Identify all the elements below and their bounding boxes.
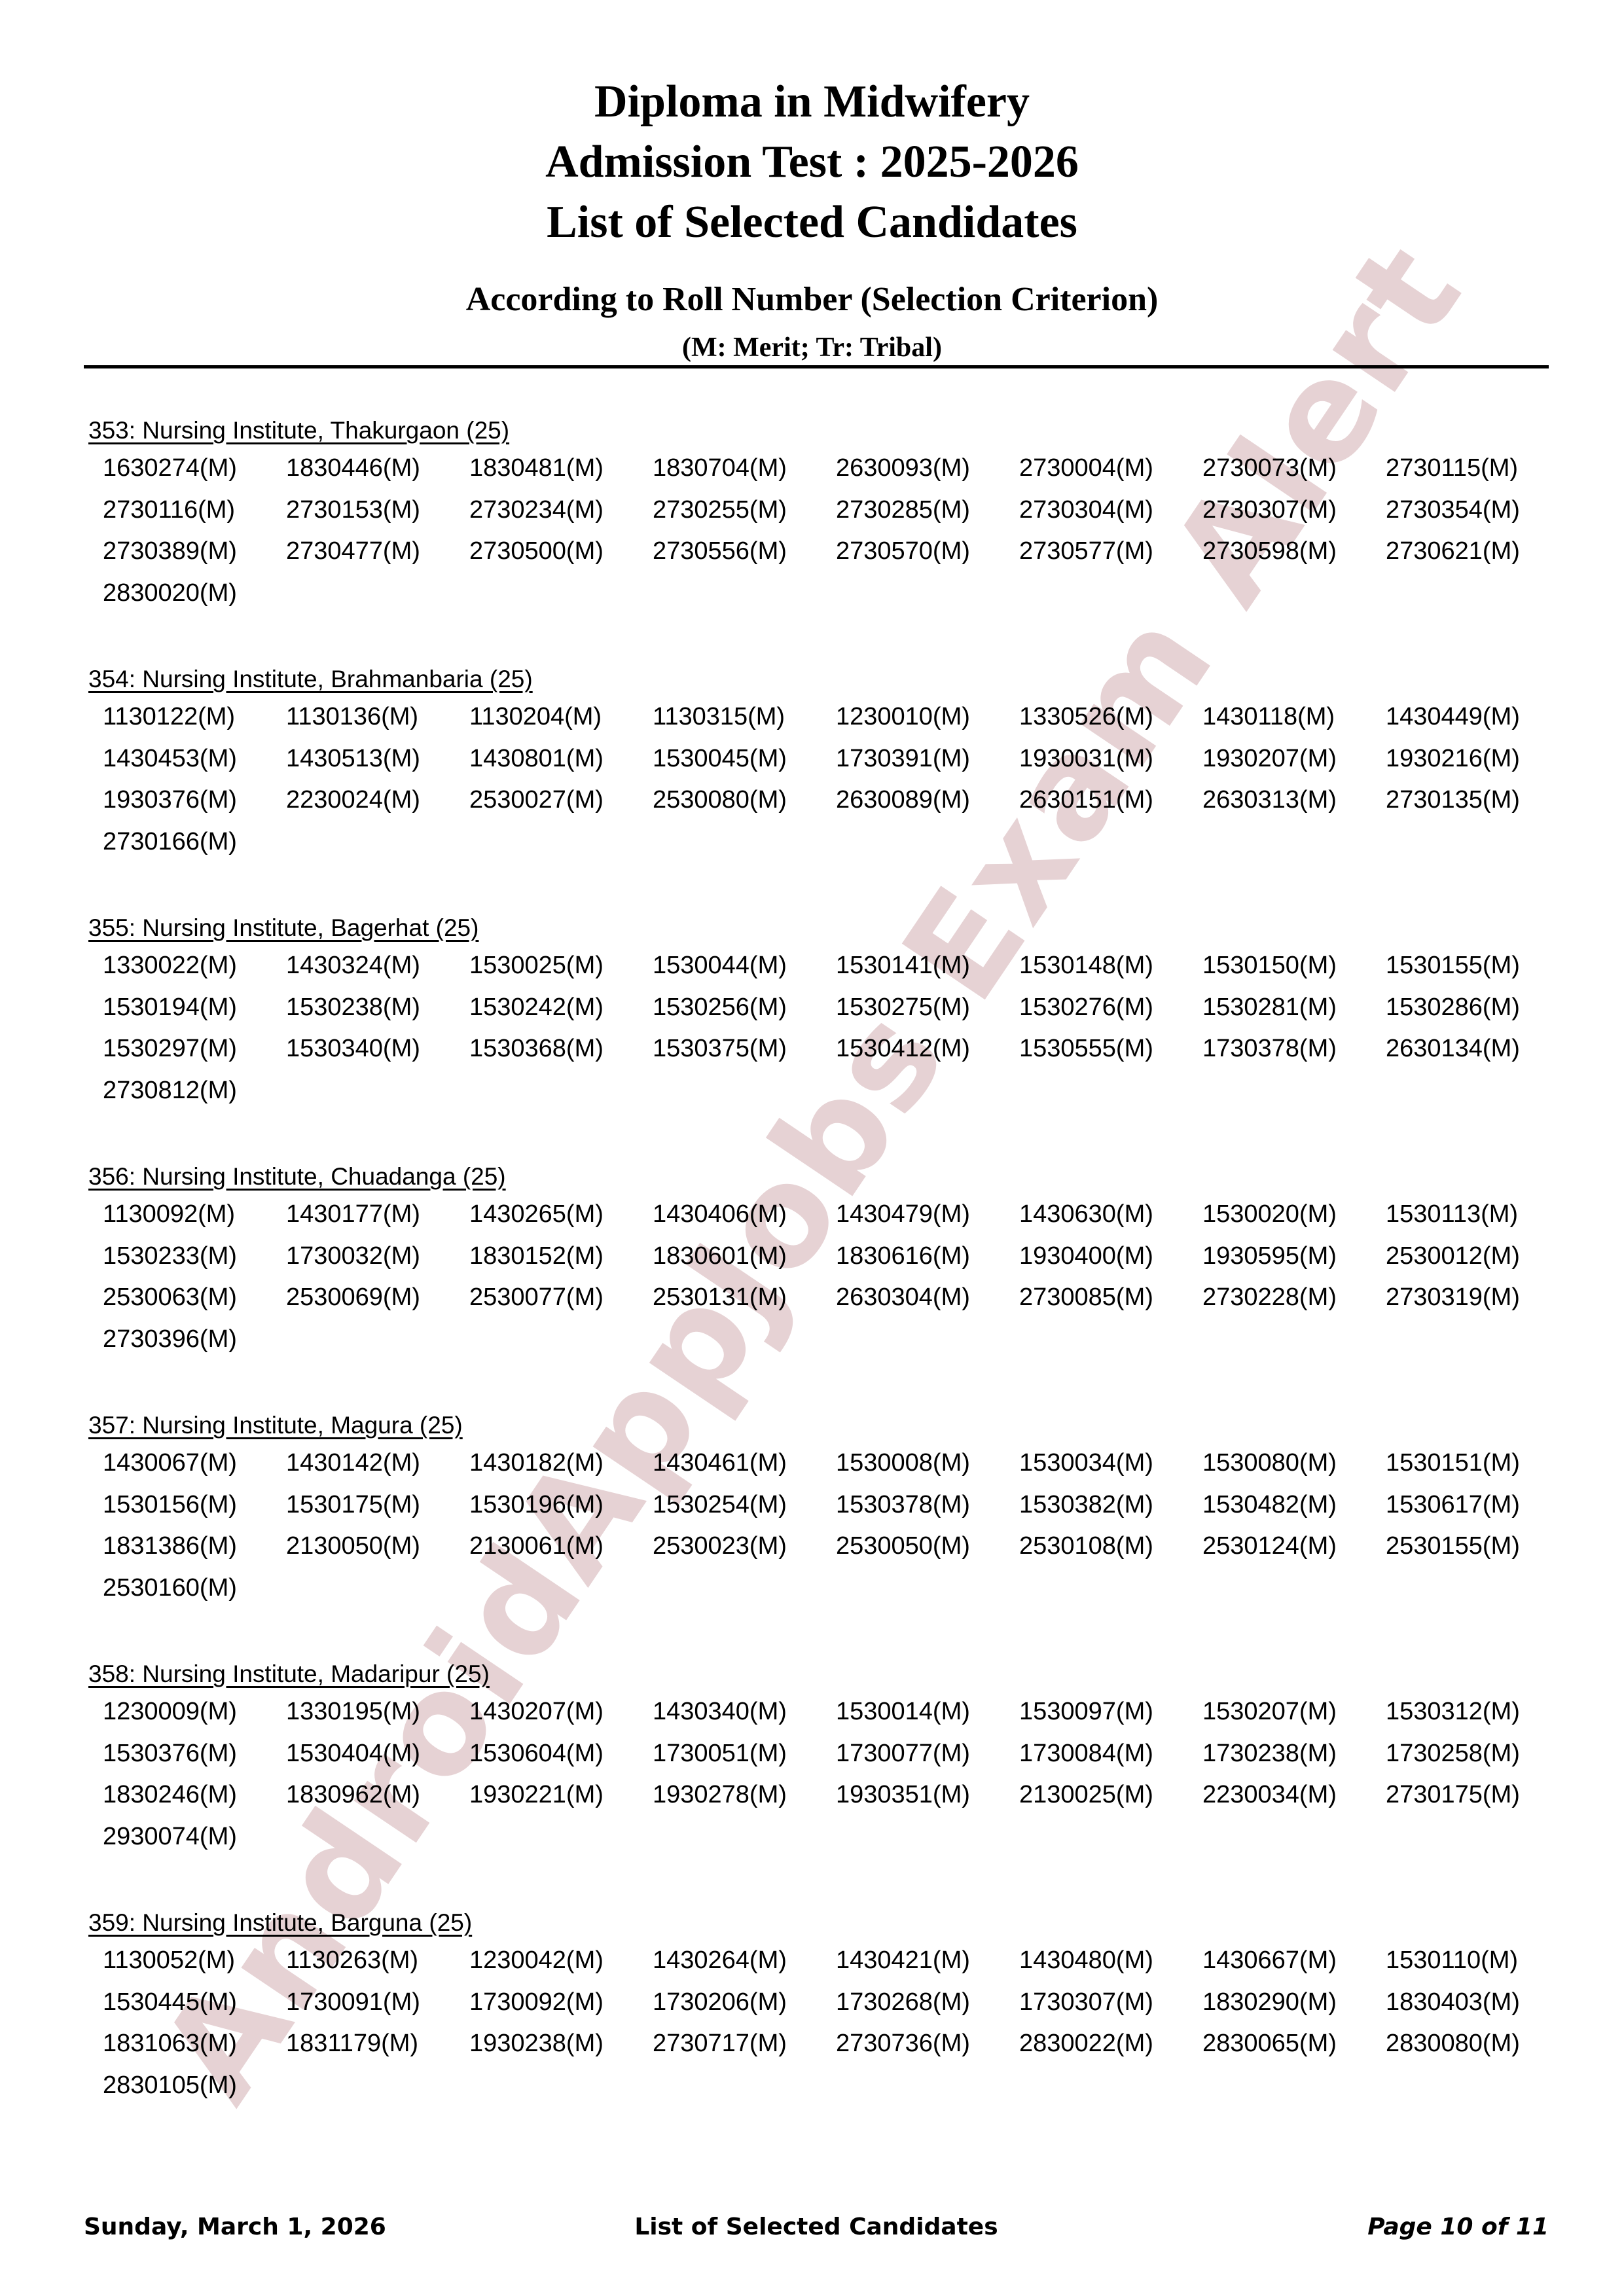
roll-number: 2630151(M) [1019,780,1202,821]
roll-number: 2630089(M) [836,780,1019,821]
roll-number: 1430453(M) [103,738,286,780]
roll-number: 1530045(M) [653,738,836,780]
roll-number: 1530014(M) [836,1691,1019,1733]
roll-number: 1530150(M) [1202,945,1386,987]
roll-number: 1430340(M) [653,1691,836,1733]
roll-number: 2730004(M) [1019,448,1202,490]
roll-number: 2730115(M) [1386,448,1569,490]
roll-number: 2630313(M) [1202,780,1386,821]
roll-number: 2530080(M) [653,780,836,821]
roll-number: 1530340(M) [286,1028,469,1070]
roll-number: 1530141(M) [836,945,1019,987]
roll-number: 1530555(M) [1019,1028,1202,1070]
roll-number: 2130061(M) [469,1526,653,1568]
roll-number: 1530312(M) [1386,1691,1569,1733]
roll-number: 1530196(M) [469,1484,653,1526]
roll-number-grid: 1130092(M)1430177(M)1430265(M)1430406(M)… [103,1194,1548,1360]
roll-number: 1530256(M) [653,987,836,1029]
roll-number: 1530020(M) [1202,1194,1386,1236]
roll-number: 1430118(M) [1202,696,1386,738]
roll-number: 1430324(M) [286,945,469,987]
roll-number: 1530254(M) [653,1484,836,1526]
roll-number: 1430801(M) [469,738,653,780]
roll-number: 2530160(M) [103,1568,286,1609]
roll-number: 1430067(M) [103,1443,286,1484]
document-page: AndroidAppJobs Exam Alert Diploma in Mid… [0,0,1624,2296]
roll-number: 1230010(M) [836,696,1019,738]
roll-number: 1930216(M) [1386,738,1569,780]
roll-number: 1530110(M) [1386,1940,1569,1982]
roll-number: 1831386(M) [103,1526,286,1568]
roll-number: 2730116(M) [103,490,286,531]
institute-section: 354: Nursing Institute, Brahmanbaria (25… [88,665,1548,914]
roll-number: 2730153(M) [286,490,469,531]
roll-number: 2230034(M) [1202,1774,1386,1816]
roll-number: 1530151(M) [1386,1443,1569,1484]
roll-number: 1730032(M) [286,1236,469,1278]
roll-number: 1830446(M) [286,448,469,490]
roll-number: 1830704(M) [653,448,836,490]
roll-number: 1530175(M) [286,1484,469,1526]
roll-number: 1530097(M) [1019,1691,1202,1733]
roll-number: 1130204(M) [469,696,653,738]
roll-number: 1530376(M) [103,1733,286,1775]
roll-number-grid: 1130122(M)1130136(M)1130204(M)1130315(M)… [103,696,1548,863]
roll-number: 1430449(M) [1386,696,1569,738]
roll-number: 2730319(M) [1386,1277,1569,1319]
roll-number: 2730500(M) [469,531,653,573]
roll-number: 1430207(M) [469,1691,653,1733]
roll-number: 2730228(M) [1202,1277,1386,1319]
roll-number: 1530242(M) [469,987,653,1029]
roll-number: 1730206(M) [653,1982,836,2024]
roll-number: 1530155(M) [1386,945,1569,987]
document-header: Diploma in Midwifery Admission Test : 20… [0,72,1624,364]
roll-number: 2730477(M) [286,531,469,573]
roll-number: 1430480(M) [1019,1940,1202,1982]
roll-number: 1330526(M) [1019,696,1202,738]
roll-number: 2730570(M) [836,531,1019,573]
roll-number: 1830403(M) [1386,1982,1569,2024]
roll-number: 2530131(M) [653,1277,836,1319]
roll-number: 1730258(M) [1386,1733,1569,1775]
roll-number: 1530275(M) [836,987,1019,1029]
roll-number: 1530604(M) [469,1733,653,1775]
roll-number: 2630093(M) [836,448,1019,490]
roll-number: 1830152(M) [469,1236,653,1278]
roll-number: 1830601(M) [653,1236,836,1278]
roll-number: 1730077(M) [836,1733,1019,1775]
institute-title: 355: Nursing Institute, Bagerhat (25) [88,914,1548,942]
roll-number: 2930074(M) [103,1816,286,1858]
roll-number: 1530148(M) [1019,945,1202,987]
roll-number: 1530617(M) [1386,1484,1569,1526]
roll-number: 1730307(M) [1019,1982,1202,2024]
roll-number: 1230009(M) [103,1691,286,1733]
roll-number: 1930221(M) [469,1774,653,1816]
roll-number: 1630274(M) [103,448,286,490]
roll-number: 1430265(M) [469,1194,653,1236]
roll-number: 1430142(M) [286,1443,469,1484]
institute-title: 358: Nursing Institute, Madaripur (25) [88,1660,1548,1689]
institute-title: 353: Nursing Institute, Thakurgaon (25) [88,416,1548,445]
roll-number: 2730166(M) [103,821,286,863]
roll-number: 1430182(M) [469,1443,653,1484]
roll-number: 1930400(M) [1019,1236,1202,1278]
roll-number-grid: 1130052(M)1130263(M)1230042(M)1430264(M)… [103,1940,1548,2106]
roll-number: 1530025(M) [469,945,653,987]
roll-number: 1730091(M) [286,1982,469,2024]
roll-number: 1530404(M) [286,1733,469,1775]
roll-number: 2530050(M) [836,1526,1019,1568]
roll-number: 1530207(M) [1202,1691,1386,1733]
roll-number: 2830105(M) [103,2065,286,2107]
roll-number: 2730354(M) [1386,490,1569,531]
roll-number: 1730391(M) [836,738,1019,780]
roll-number: 2730307(M) [1202,490,1386,531]
roll-number: 2730304(M) [1019,490,1202,531]
roll-number: 1530276(M) [1019,987,1202,1029]
roll-number: 1430513(M) [286,738,469,780]
page-number: Page 10 of 11 [1367,2214,1549,2240]
institute-title: 356: Nursing Institute, Chuadanga (25) [88,1162,1548,1191]
footer-title: List of Selected Candidates [634,2214,998,2240]
roll-number: 1730084(M) [1019,1733,1202,1775]
roll-number: 2730389(M) [103,531,286,573]
quota-legend: (M: Merit; Tr: Tribal) [0,331,1624,364]
roll-number: 1830962(M) [286,1774,469,1816]
footer-date: Sunday, March 1, 2026 [84,2214,386,2240]
roll-number: 1930376(M) [103,780,286,821]
roll-number: 2630304(M) [836,1277,1019,1319]
roll-number: 2730175(M) [1386,1774,1569,1816]
roll-number: 1830481(M) [469,448,653,490]
roll-number: 2730135(M) [1386,780,1569,821]
roll-number: 2730812(M) [103,1070,286,1112]
institute-title: 357: Nursing Institute, Magura (25) [88,1411,1548,1440]
roll-number: 2830080(M) [1386,2023,1569,2065]
roll-number-grid: 1330022(M)1430324(M)1530025(M)1530044(M)… [103,945,1548,1111]
roll-number: 1530156(M) [103,1484,286,1526]
roll-number: 1930031(M) [1019,738,1202,780]
roll-number: 1530297(M) [103,1028,286,1070]
roll-number-grid: 1630274(M)1830446(M)1830481(M)1830704(M)… [103,448,1548,614]
roll-number: 1430264(M) [653,1940,836,1982]
roll-number: 2530124(M) [1202,1526,1386,1568]
document-title-line-1: Diploma in Midwifery [0,72,1624,132]
roll-number: 1430667(M) [1202,1940,1386,1982]
institute-section: 358: Nursing Institute, Madaripur (25)12… [88,1660,1548,1909]
roll-number: 1930278(M) [653,1774,836,1816]
roll-number: 1530445(M) [103,1982,286,2024]
roll-number: 1730092(M) [469,1982,653,2024]
roll-number: 1530286(M) [1386,987,1569,1029]
roll-number: 1730268(M) [836,1982,1019,2024]
roll-number: 1130122(M) [103,696,286,738]
roll-number: 2730598(M) [1202,531,1386,573]
roll-number: 1831063(M) [103,2023,286,2065]
roll-number: 2730717(M) [653,2023,836,2065]
roll-number: 2530063(M) [103,1277,286,1319]
roll-number: 2530023(M) [653,1526,836,1568]
roll-number: 2730577(M) [1019,531,1202,573]
roll-number: 1430461(M) [653,1443,836,1484]
institute-list: 353: Nursing Institute, Thakurgaon (25)1… [88,416,1548,2157]
roll-number: 1831179(M) [286,2023,469,2065]
roll-number: 1430406(M) [653,1194,836,1236]
roll-number: 1530378(M) [836,1484,1019,1526]
roll-number: 1130052(M) [103,1940,286,1982]
roll-number: 1130136(M) [286,696,469,738]
roll-number: 1430479(M) [836,1194,1019,1236]
roll-number: 1530008(M) [836,1443,1019,1484]
roll-number: 1430177(M) [286,1194,469,1236]
roll-number: 1730238(M) [1202,1733,1386,1775]
roll-number: 1730378(M) [1202,1028,1386,1070]
roll-number: 2530027(M) [469,780,653,821]
roll-number: 2730073(M) [1202,448,1386,490]
roll-number: 1530080(M) [1202,1443,1386,1484]
roll-number: 1530412(M) [836,1028,1019,1070]
roll-number: 1430421(M) [836,1940,1019,1982]
document-title-line-2: Admission Test : 2025-2026 [0,132,1624,192]
document-title-line-3: List of Selected Candidates [0,192,1624,253]
roll-number: 1530375(M) [653,1028,836,1070]
roll-number: 2130050(M) [286,1526,469,1568]
roll-number: 1830616(M) [836,1236,1019,1278]
roll-number: 1530238(M) [286,987,469,1029]
institute-section: 359: Nursing Institute, Barguna (25)1130… [88,1909,1548,2157]
roll-number: 1530368(M) [469,1028,653,1070]
roll-number-grid: 1230009(M)1330195(M)1430207(M)1430340(M)… [103,1691,1548,1857]
roll-number: 1930595(M) [1202,1236,1386,1278]
roll-number: 2730234(M) [469,490,653,531]
roll-number: 2730255(M) [653,490,836,531]
roll-number: 2530108(M) [1019,1526,1202,1568]
roll-number-grid: 1430067(M)1430142(M)1430182(M)1430461(M)… [103,1443,1548,1609]
roll-number: 1530113(M) [1386,1194,1569,1236]
page-footer: Sunday, March 1, 2026 List of Selected C… [84,2214,1549,2246]
institute-title: 359: Nursing Institute, Barguna (25) [88,1909,1548,1937]
roll-number: 2730621(M) [1386,531,1569,573]
roll-number: 2830020(M) [103,573,286,615]
roll-number: 2530069(M) [286,1277,469,1319]
roll-number: 2730556(M) [653,531,836,573]
roll-number: 2530155(M) [1386,1526,1569,1568]
roll-number: 1530034(M) [1019,1443,1202,1484]
roll-number: 1530233(M) [103,1236,286,1278]
institute-section: 356: Nursing Institute, Chuadanga (25)11… [88,1162,1548,1411]
roll-number: 2630134(M) [1386,1028,1569,1070]
roll-number: 2230024(M) [286,780,469,821]
roll-number: 2130025(M) [1019,1774,1202,1816]
roll-number: 1130263(M) [286,1940,469,1982]
roll-number: 1930207(M) [1202,738,1386,780]
roll-number: 1530382(M) [1019,1484,1202,1526]
roll-number: 1730051(M) [653,1733,836,1775]
institute-section: 355: Nursing Institute, Bagerhat (25)133… [88,914,1548,1162]
institute-section: 357: Nursing Institute, Magura (25)14300… [88,1411,1548,1660]
roll-number: 1230042(M) [469,1940,653,1982]
roll-number: 1430630(M) [1019,1194,1202,1236]
roll-number: 1530281(M) [1202,987,1386,1029]
roll-number: 1530044(M) [653,945,836,987]
roll-number: 1130092(M) [103,1194,286,1236]
roll-number: 2730085(M) [1019,1277,1202,1319]
roll-number: 1930238(M) [469,2023,653,2065]
roll-number: 1330022(M) [103,945,286,987]
roll-number: 1330195(M) [286,1691,469,1733]
institute-section: 353: Nursing Institute, Thakurgaon (25)1… [88,416,1548,665]
roll-number: 1830290(M) [1202,1982,1386,2024]
header-divider [84,365,1549,368]
roll-number: 2530012(M) [1386,1236,1569,1278]
roll-number: 2830022(M) [1019,2023,1202,2065]
roll-number: 2730736(M) [836,2023,1019,2065]
roll-number: 2730285(M) [836,490,1019,531]
roll-number: 1530482(M) [1202,1484,1386,1526]
document-subtitle: According to Roll Number (Selection Crit… [0,280,1624,319]
roll-number: 1830246(M) [103,1774,286,1816]
roll-number: 1530194(M) [103,987,286,1029]
roll-number: 1130315(M) [653,696,836,738]
roll-number: 2730396(M) [103,1319,286,1361]
roll-number: 1930351(M) [836,1774,1019,1816]
roll-number: 2530077(M) [469,1277,653,1319]
roll-number: 2830065(M) [1202,2023,1386,2065]
institute-title: 354: Nursing Institute, Brahmanbaria (25… [88,665,1548,694]
